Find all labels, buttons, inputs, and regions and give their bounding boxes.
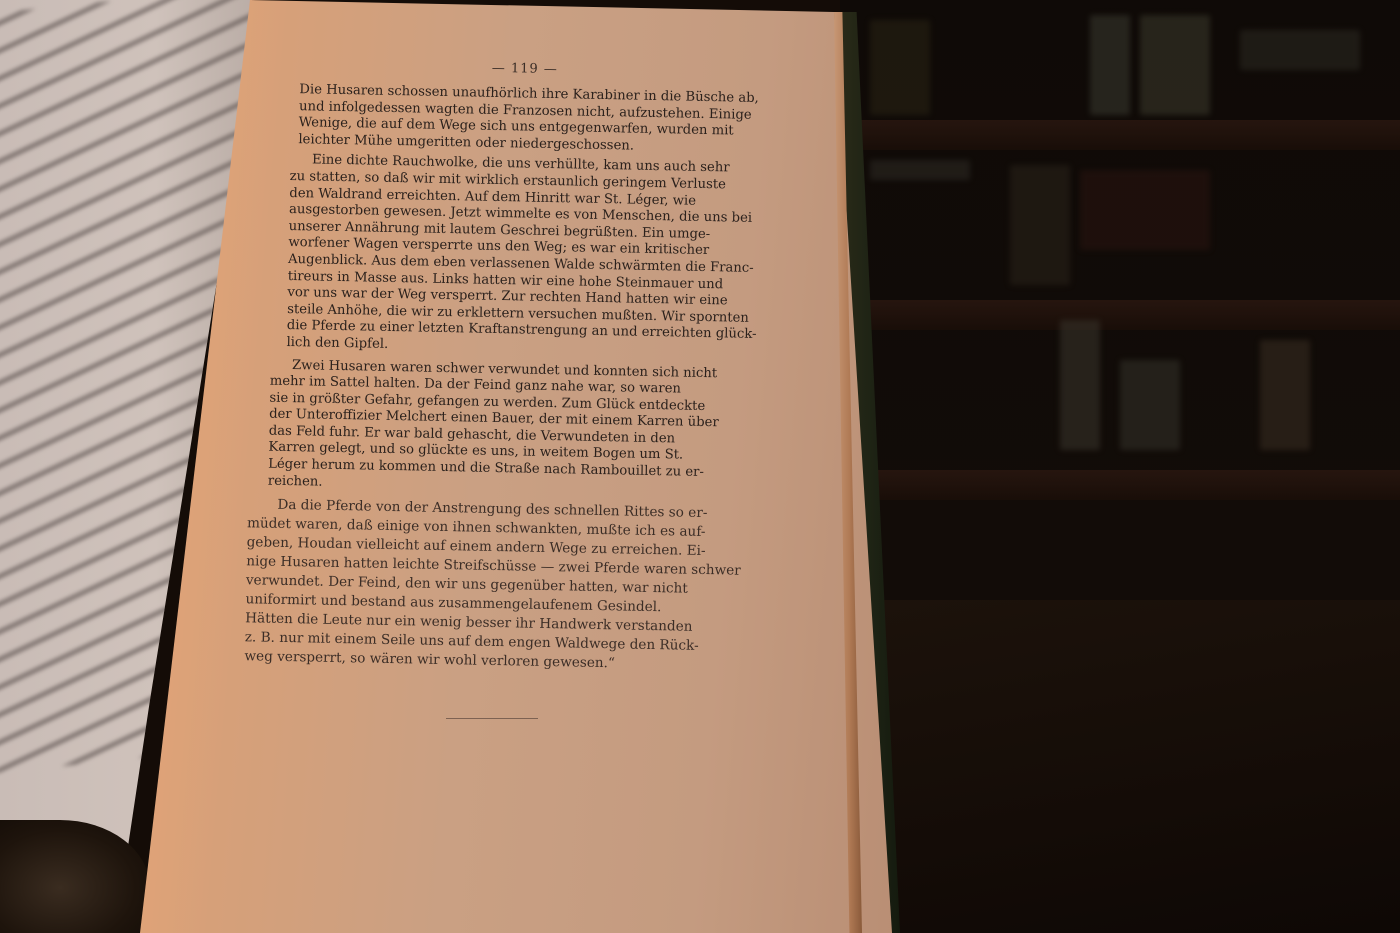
- paragraph-2: Eine dichte Rauchwolke, die uns verhüllt…: [286, 152, 768, 360]
- shelf-book: [1240, 30, 1360, 70]
- desk-surface: [860, 600, 1400, 933]
- paragraph-4: Da die Pferde von der Anstrengung des sc…: [244, 495, 761, 676]
- shelf-book: [1080, 170, 1210, 250]
- background-bookshelf: [840, 0, 1400, 600]
- shelf-book: [1260, 340, 1310, 450]
- photo-scene: — 119 — Die Husaren schossen unaufhörlic…: [0, 0, 1400, 933]
- section-end-rule: [446, 718, 538, 719]
- shelf-board: [840, 470, 1400, 500]
- shelf-board: [840, 120, 1400, 150]
- page-text-block: — 119 — Die Husaren schossen unaufhörlic…: [228, 56, 770, 680]
- shelf-book: [1060, 320, 1100, 450]
- shelf-book: [1120, 360, 1180, 450]
- shelf-book: [870, 160, 970, 180]
- paragraph-3: Zwei Husaren waren schwer verwundet und …: [268, 357, 764, 499]
- paragraph-1: Die Husaren schossen unaufhörlich ihre K…: [298, 82, 769, 157]
- shelf-book: [1140, 15, 1210, 115]
- shelf-book: [870, 20, 930, 115]
- shelf-book: [1090, 15, 1130, 115]
- shelf-book: [1010, 165, 1070, 285]
- shelf-board: [840, 300, 1400, 330]
